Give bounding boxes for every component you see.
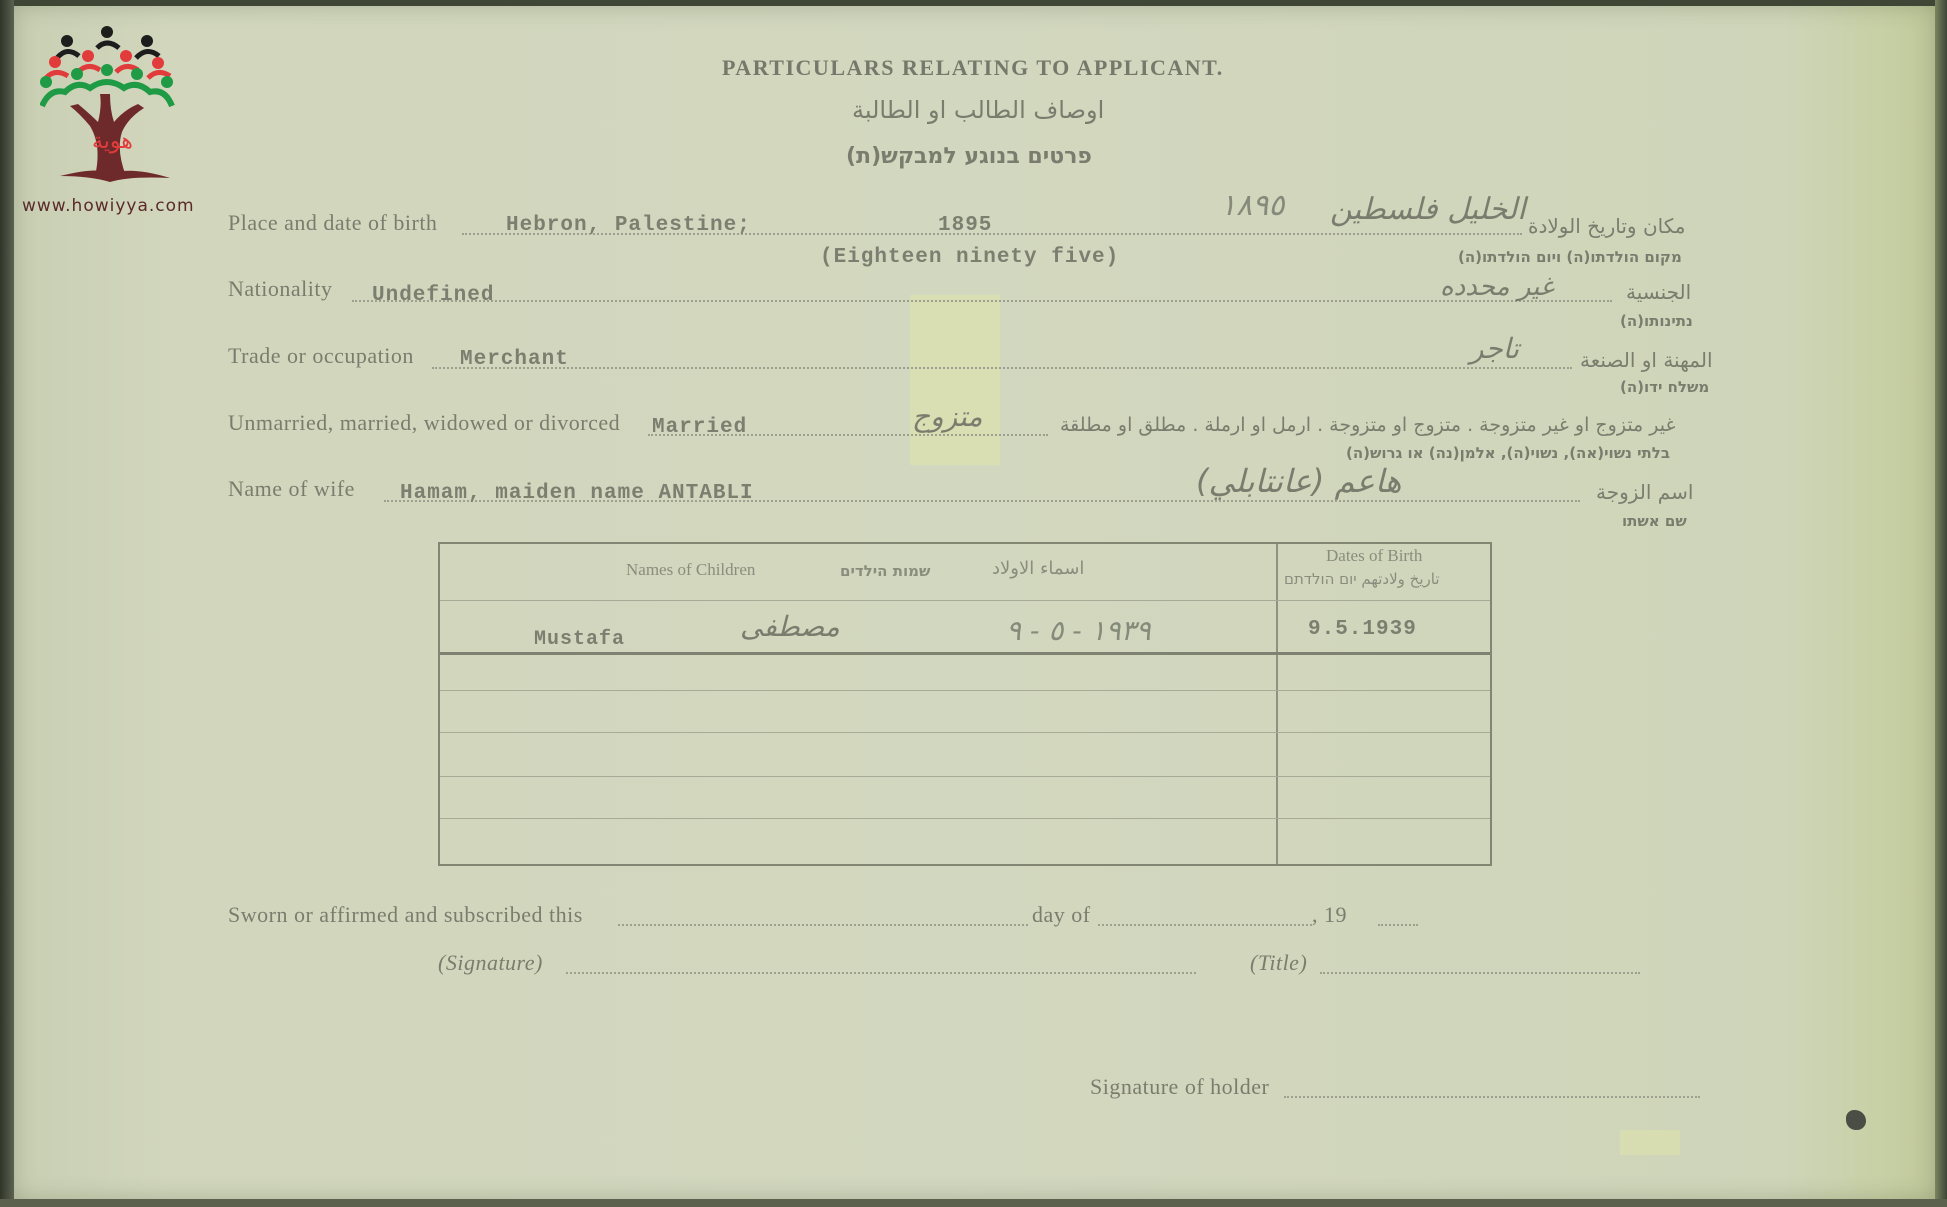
wife-value: Hamam, maiden name ANTABLI (400, 482, 754, 505)
child-date-handwritten: ١٩٣٩ - ٥ - ٩ (1006, 614, 1151, 647)
family-tree-logo-icon: هوية (40, 26, 190, 194)
birth-label-he: מקום הולדתו(ה) ויום הולדתו(ה) (1458, 248, 1682, 266)
wife-label-ar: اسم الزوجة (1596, 480, 1693, 504)
title-field-line[interactable] (1320, 972, 1640, 974)
signature-field-line[interactable] (566, 972, 1196, 974)
birth-year-words: (Eighteen ninety five) (820, 246, 1119, 269)
child-date-typed: 9.5.1939 (1308, 618, 1417, 641)
occupation-value: Merchant (460, 348, 569, 371)
signature-label: (Signature) (438, 950, 543, 976)
header-dates-en: Dates of Birth (1326, 546, 1422, 566)
dotted-line (352, 300, 1612, 302)
marital-label-he: בלתי נשוי(אה), נשוי(ה), אלמן(נה) או גרוש… (1346, 444, 1670, 462)
birth-label: Place and date of birth (228, 210, 437, 236)
child-name-handwritten: مصطفى (740, 610, 840, 643)
svg-text:هوية: هوية (92, 129, 133, 154)
row-divider (440, 776, 1490, 777)
nationality-label: Nationality (228, 276, 332, 302)
header-names-ar: اسماء الاولاد (992, 558, 1084, 579)
row-divider (440, 818, 1490, 819)
marital-value: Married (652, 416, 747, 439)
marital-label: Unmarried, married, widowed or divorced (228, 410, 620, 436)
paper-stain (910, 295, 1000, 465)
month-field-line[interactable] (1098, 924, 1312, 926)
marital-label-ar: غير متزوج او غير متزوجة . متزوج او متزوج… (1060, 414, 1675, 436)
scan-edge-right (1935, 0, 1947, 1207)
title-label: (Title) (1250, 950, 1307, 976)
holder-signature-line[interactable] (1284, 1096, 1700, 1098)
occupation-label: Trade or occupation (228, 343, 414, 369)
wife-label-he: שם אשתו (1622, 512, 1687, 530)
header-dates-ar-he: تاريخ ولادتهم יום הולדתם (1284, 570, 1440, 588)
holder-signature-label: Signature of holder (1090, 1074, 1269, 1100)
ink-blot (1846, 1110, 1866, 1130)
dotted-line (432, 367, 1572, 369)
oath-day-of-label: day of (1032, 902, 1091, 928)
marital-handwritten: متزوج (912, 400, 983, 433)
birth-year-handwritten: ١٨٩٥ (1220, 188, 1284, 223)
wife-label: Name of wife (228, 476, 355, 502)
row-divider (440, 652, 1490, 655)
children-table: Names of Children שמות הילדים اسماء الاو… (438, 542, 1492, 866)
watermark-url: www.howiyya.com (22, 196, 195, 216)
occupation-label-ar: المهنة او الصنعة (1580, 348, 1713, 372)
form-title-ar: اوصاف الطالب او الطالبة (852, 96, 1104, 124)
scan-edge-left (0, 0, 14, 1207)
form-title-en: PARTICULARS RELATING TO APPLICANT. (722, 55, 1224, 81)
paper-stain (1620, 1130, 1680, 1155)
nationality-label-ar: الجنسية (1626, 280, 1691, 304)
header-names-en: Names of Children (626, 560, 755, 580)
scan-edge-bottom (0, 1199, 1947, 1207)
day-field-line[interactable] (618, 924, 1028, 926)
header-names-he: שמות הילדים (840, 562, 930, 580)
header-divider (440, 600, 1490, 601)
nationality-label-he: נתינותו(ה) (1620, 312, 1693, 330)
nationality-value: Undefined (372, 284, 494, 307)
wife-handwritten: هاعم (عانتابلي) (1196, 462, 1401, 500)
child-name-typed: Mustafa (534, 628, 625, 651)
birth-year-value: 1895 (938, 214, 992, 237)
column-divider (1276, 544, 1278, 864)
occupation-handwritten: تاجر (1470, 332, 1519, 365)
birth-place-handwritten: الخليل فلسطين (1330, 192, 1526, 227)
birth-place-value: Hebron, Palestine; (506, 214, 751, 237)
nationality-handwritten: غير محدده (1440, 272, 1554, 302)
birth-label-ar: مكان وتاريخ الولادة (1528, 214, 1685, 238)
year-field-line[interactable] (1378, 924, 1418, 926)
form-title-he: פרטים בנוגע למבקש(ת) (846, 144, 1092, 169)
oath-year-label: , 19 (1312, 902, 1347, 928)
occupation-label-he: משלח ידו(ה) (1620, 378, 1709, 396)
row-divider (440, 732, 1490, 733)
oath-sworn-label: Sworn or affirmed and subscribed this (228, 902, 583, 928)
row-divider (440, 690, 1490, 691)
